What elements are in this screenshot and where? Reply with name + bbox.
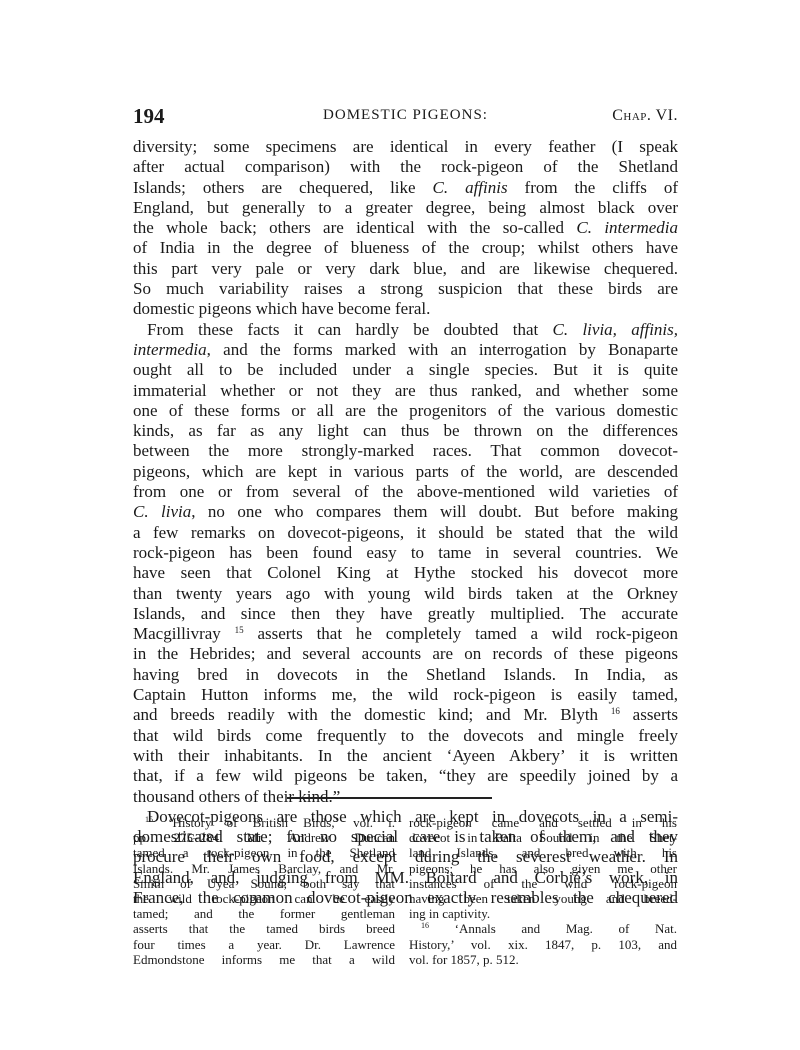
text-line: a few remarks on dovecot-pigeons, it sho… xyxy=(133,523,678,543)
text-line: after actual comparison) with the rock-p… xyxy=(133,157,678,177)
footnotes-right-column: rock-pigeon came and settled in hisdovec… xyxy=(409,815,677,967)
text-line: the wild rock-pigeon can be easily xyxy=(133,891,395,906)
italic-species-name: intermedia xyxy=(133,340,207,359)
text-line: pp. 275–284. Mr. Andrew Duncan xyxy=(133,830,395,845)
text-line: Edmondstone informs me that a wild xyxy=(133,952,395,967)
text-line: 15 ‘History of British Birds,’ vol. i. xyxy=(133,815,395,830)
book-page: 194 DOMESTIC PIGEONS: Chap. VI. diversit… xyxy=(0,0,800,1050)
text-line: Islands. Mr. James Barclay, and Mr. xyxy=(133,861,395,876)
italic-species-name: C. intermedia xyxy=(576,218,678,237)
text-line: between the more strongly-marked races. … xyxy=(133,441,678,461)
text-line: tamed a rock-pigeon in the Shetland xyxy=(133,845,395,860)
text-line: ing in captivity. xyxy=(409,906,677,921)
text-line: C. livia, no one who compares them will … xyxy=(133,502,678,522)
text-line: with their inhabitants. In the ancient ‘… xyxy=(133,746,678,766)
text-line: instances of the wild rock-pigeon xyxy=(409,876,677,891)
text-line: immaterial whether or not they are thus … xyxy=(133,381,678,401)
text-line: 16 ‘Annals and Mag. of Nat. xyxy=(409,921,677,936)
chapter-label: Chap. VI. xyxy=(612,107,678,125)
running-head: DOMESTIC PIGEONS: xyxy=(133,107,678,124)
text-line: intermedia, and the forms marked with an… xyxy=(133,340,678,360)
text-line: domestic pigeons which have become feral… xyxy=(133,299,678,319)
text-line: Islands, and since then they have greatl… xyxy=(133,604,678,624)
text-line: pigeons, which are kept in various parts… xyxy=(133,462,678,482)
text-line: dovecot in Balta Sound in the Shet- xyxy=(409,830,677,845)
page-header: 194 DOMESTIC PIGEONS: Chap. VI. xyxy=(133,104,678,132)
body-text: diversity; some specimens are identical … xyxy=(133,137,678,908)
text-line: diversity; some specimens are identical … xyxy=(133,137,678,157)
text-line: from one or from several of the above-me… xyxy=(133,482,678,502)
text-line: having bred in dovecots in the Shetland … xyxy=(133,665,678,685)
text-line: From these facts it can hardly be doubte… xyxy=(133,320,678,340)
text-line: kinds, as far as any light can thus be t… xyxy=(133,421,678,441)
italic-species-name: C. affinis xyxy=(433,178,508,197)
text-line: and breeds readily with the domestic kin… xyxy=(133,705,678,725)
text-line: in the Hebrides; and several accounts ar… xyxy=(133,644,678,664)
chapter-label-text: Chap. VI. xyxy=(612,107,678,124)
text-line: Macgillivray 15 asserts that he complete… xyxy=(133,624,678,644)
footnote-ref: 15 xyxy=(235,625,244,635)
text-line: the whole back; others are identical wit… xyxy=(133,218,678,238)
text-line: than twenty years ago with young wild bi… xyxy=(133,584,678,604)
text-line: having been taken young and breed- xyxy=(409,891,677,906)
text-line: rock-pigeon came and settled in his xyxy=(409,815,677,830)
text-line: rock-pigeon has been found easy to tame … xyxy=(133,543,678,563)
text-line: asserts that the tamed birds breed xyxy=(133,921,395,936)
text-line: of India in the degree of blueness of th… xyxy=(133,238,678,258)
italic-species-name: C. livia xyxy=(133,502,191,521)
footnote-ref: 15 xyxy=(145,815,153,824)
text-line: four times a year. Dr. Lawrence xyxy=(133,937,395,952)
text-line: Islands; others are chequered, like C. a… xyxy=(133,178,678,198)
footnote-divider xyxy=(287,797,492,799)
footnote-ref: 16 xyxy=(421,921,429,930)
text-line: pigeons; he has also given me other xyxy=(409,861,677,876)
footnote-ref: 16 xyxy=(611,706,620,716)
text-line: one of these forms or all are the progen… xyxy=(133,401,678,421)
footnotes-left-column: 15 ‘History of British Birds,’ vol. i.pp… xyxy=(133,815,395,967)
text-line: that wild birds come frequently to the d… xyxy=(133,726,678,746)
text-line: So much variability raises a strong susp… xyxy=(133,279,678,299)
text-line: land Islands, and bred with his xyxy=(409,845,677,860)
text-line: have seen that Colonel King at Hythe sto… xyxy=(133,563,678,583)
text-line: this part very pale or very dark blue, a… xyxy=(133,259,678,279)
text-line: History,’ vol. xix. 1847, p. 103, and xyxy=(409,937,677,952)
text-line: vol. for 1857, p. 512. xyxy=(409,952,677,967)
text-line: tamed; and the former gentleman xyxy=(133,906,395,921)
text-line: Captain Hutton informs me, the wild rock… xyxy=(133,685,678,705)
text-line: ought all to be included under a single … xyxy=(133,360,678,380)
text-line: that, if a few wild pigeons be taken, “t… xyxy=(133,766,678,786)
text-line: Smith of Uyea Sound, both say that xyxy=(133,876,395,891)
italic-species-name: C. livia, affinis, xyxy=(553,320,678,339)
text-line: England, but generally to a greater degr… xyxy=(133,198,678,218)
